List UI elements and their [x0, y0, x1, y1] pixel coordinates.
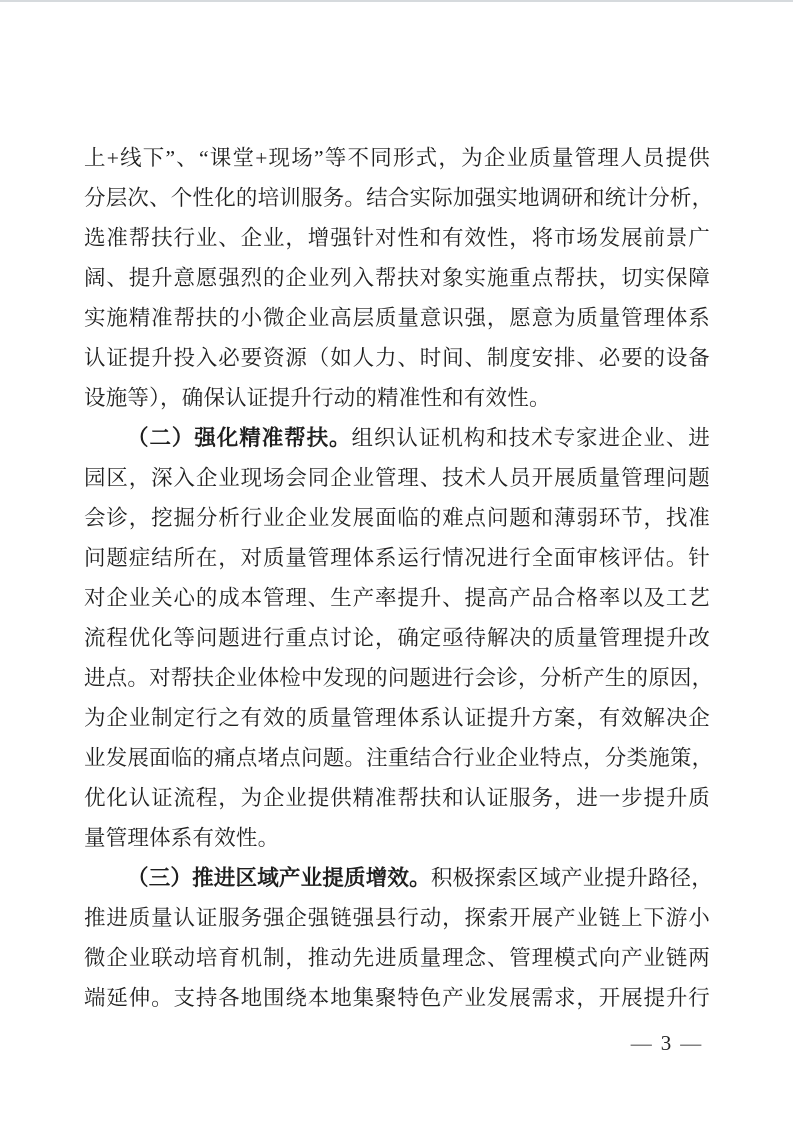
page-number-dash-right: —	[680, 1031, 701, 1055]
text-segment: 阔、提升意愿强烈的企业列入帮扶对象实施重点帮扶，切实保障	[84, 266, 710, 290]
text-line: 微企业联动培育机制，推动先进质量理念、管理模式向产业链两	[84, 938, 710, 978]
text-segment: 实施精准帮扶的小微企业高层质量意识强，愿意为质量管理体系	[84, 306, 710, 330]
text-segment: 优化认证流程，为企业提供精准帮扶和认证服务，进一步提升质	[84, 786, 710, 810]
text-segment: 分层次、个性化的培训服务。结合实际加强实地调研和统计分析，	[84, 186, 713, 210]
text-line: 流程优化等问题进行重点讨论，确定亟待解决的质量管理提升改	[84, 618, 710, 658]
text-segment: 流程优化等问题进行重点讨论，确定亟待解决的质量管理提升改	[84, 626, 710, 650]
text-line: 对企业关心的成本管理、生产率提升、提高产品合格率以及工艺	[84, 578, 710, 618]
text-line: 为企业制定行之有效的质量管理体系认证提升方案，有效解决企	[84, 698, 710, 738]
text-line: （二）强化精准帮扶。组织认证机构和技术专家进企业、进	[84, 418, 710, 458]
text-segment: 上+线下”、“课堂+现场”等不同形式，为企业质量管理人员提供	[84, 146, 710, 170]
paragraph-lead-bold: （二）强化精准帮扶。	[127, 426, 352, 450]
text-segment: 园区，深入企业现场会同企业管理、技术人员开展质量管理问题	[84, 466, 710, 490]
text-line: 推进质量认证服务强企强链强县行动，探索开展产业链上下游小	[84, 898, 710, 938]
text-segment: 认证提升投入必要资源（如人力、时间、制度安排、必要的设备	[84, 346, 710, 370]
text-line: 进点。对帮扶企业体检中发现的问题进行会诊，分析产生的原因，	[84, 658, 710, 698]
document-text-block: 上+线下”、“课堂+现场”等不同形式，为企业质量管理人员提供分层次、个性化的培训…	[84, 138, 710, 1018]
text-line: 优化认证流程，为企业提供精准帮扶和认证服务，进一步提升质	[84, 778, 710, 818]
page-number-dash-left: —	[631, 1031, 652, 1055]
text-line: 量管理体系有效性。	[84, 818, 710, 858]
text-segment: 端延伸。支持各地围绕本地集聚特色产业发展需求，开展提升行	[84, 986, 710, 1010]
text-line: 上+线下”、“课堂+现场”等不同形式，为企业质量管理人员提供	[84, 138, 710, 178]
scan-edge-divider	[0, 0, 793, 2]
text-line: 实施精准帮扶的小微企业高层质量意识强，愿意为质量管理体系	[84, 298, 710, 338]
text-line: 园区，深入企业现场会同企业管理、技术人员开展质量管理问题	[84, 458, 710, 498]
text-segment: 量管理体系有效性。	[84, 826, 279, 850]
text-line: 业发展面临的痛点堵点问题。注重结合行业企业特点，分类施策，	[84, 738, 710, 778]
text-segment: 进点。对帮扶企业体检中发现的问题进行会诊，分析产生的原因，	[84, 666, 713, 690]
text-segment: 微企业联动培育机制，推动先进质量理念、管理模式向产业链两	[84, 946, 710, 970]
text-line: 分层次、个性化的培训服务。结合实际加强实地调研和统计分析，	[84, 178, 710, 218]
text-segment: 积极探索区域产业提升路径，	[431, 866, 713, 890]
text-line: 选准帮扶行业、企业，增强针对性和有效性，将市场发展前景广	[84, 218, 710, 258]
text-segment: 会诊，挖掘分析行业企业发展面临的难点问题和薄弱环节，找准	[84, 506, 710, 530]
text-line: 设施等），确保认证提升行动的精准性和有效性。	[84, 378, 710, 418]
text-line: 端延伸。支持各地围绕本地集聚特色产业发展需求，开展提升行	[84, 978, 710, 1018]
text-line: 问题症结所在，对质量管理体系运行情况进行全面审核评估。针	[84, 538, 710, 578]
text-segment: 为企业制定行之有效的质量管理体系认证提升方案，有效解决企	[84, 706, 710, 730]
text-segment: 选准帮扶行业、企业，增强针对性和有效性，将市场发展前景广	[84, 226, 710, 250]
text-line: 认证提升投入必要资源（如人力、时间、制度安排、必要的设备	[84, 338, 710, 378]
text-segment: 推进质量认证服务强企强链强县行动，探索开展产业链上下游小	[84, 906, 710, 930]
page-number-value: 3	[661, 1031, 672, 1055]
text-segment: 问题症结所在，对质量管理体系运行情况进行全面审核评估。针	[84, 546, 710, 570]
text-segment: 设施等），确保认证提升行动的精准性和有效性。	[84, 386, 551, 410]
page-number: —3—	[622, 1030, 710, 1056]
text-segment: 业发展面临的痛点堵点问题。注重结合行业企业特点，分类施策，	[84, 746, 713, 770]
text-segment: 组织认证机构和技术专家进企业、进	[352, 426, 710, 450]
text-line: 会诊，挖掘分析行业企业发展面临的难点问题和薄弱环节，找准	[84, 498, 710, 538]
text-line: 阔、提升意愿强烈的企业列入帮扶对象实施重点帮扶，切实保障	[84, 258, 710, 298]
text-segment: 对企业关心的成本管理、生产率提升、提高产品合格率以及工艺	[84, 586, 710, 610]
paragraph-lead-bold: （三）推进区域产业提质增效。	[127, 866, 431, 890]
text-line: （三）推进区域产业提质增效。积极探索区域产业提升路径，	[84, 858, 710, 898]
